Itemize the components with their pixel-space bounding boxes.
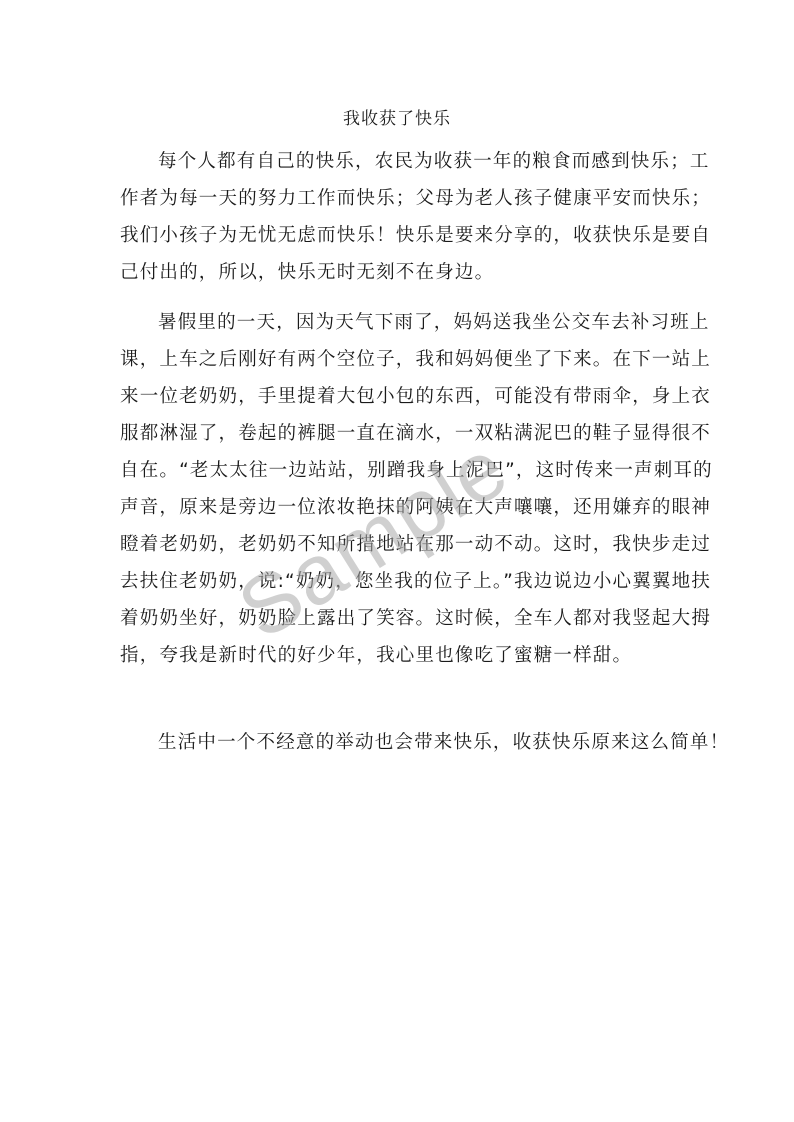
text-line: 暑假里的一天，因为天气下雨了，妈妈送我坐公交车去补习班上 xyxy=(158,310,680,336)
text-line: 我们小孩子为无忧无虑而快乐！快乐是要来分享的，收获快乐是要自 xyxy=(120,223,680,249)
document-title: 我收获了快乐 xyxy=(0,104,794,129)
text-line: 生活中一个不经意的举动也会带来快乐，收获快乐原来这么简单！ xyxy=(158,730,680,756)
text-line: 作者为每一天的努力工作而快乐；父母为老人孩子健康平安而快乐； xyxy=(120,186,680,212)
document-page: 我收获了快乐 每个人都有自己的快乐，农民为收获一年的粮食而感到快乐；工 作者为每… xyxy=(0,0,794,1122)
text-line: 来一位老奶奶，手里提着大包小包的东西，可能没有带雨伞，身上衣 xyxy=(120,384,680,410)
text-line: 着奶奶坐好，奶奶脸上露出了笑容。这时候，全车人都对我竖起大拇 xyxy=(120,606,680,632)
text-line: 服都淋湿了，卷起的裤腿一直在滴水，一双粘满泥巴的鞋子显得很不 xyxy=(120,421,680,447)
text-line: 课，上车之后刚好有两个空位子，我和妈妈便坐了下来。在下一站上 xyxy=(120,347,680,373)
text-line: 去扶住老奶奶，说:“奶奶，您坐我的位子上。”我边说边小心翼翼地扶 xyxy=(120,569,680,595)
text-line: 每个人都有自己的快乐，农民为收获一年的粮食而感到快乐；工 xyxy=(158,149,680,175)
text-line: 己付出的，所以，快乐无时无刻不在身边。 xyxy=(120,260,680,286)
text-line: 声音，原来是旁边一位浓妆艳抹的阿姨在大声嚷嚷，还用嫌弃的眼神 xyxy=(120,495,680,521)
text-line: 瞪着老奶奶，老奶奶不知所措地站在那一动不动。这时，我快步走过 xyxy=(120,532,680,558)
text-line: 自在。“老太太往一边站站，别蹭我身上泥巴”，这时传来一声刺耳的 xyxy=(120,458,680,484)
text-line: 指，夸我是新时代的好少年，我心里也像吃了蜜糖一样甜。 xyxy=(120,643,680,669)
